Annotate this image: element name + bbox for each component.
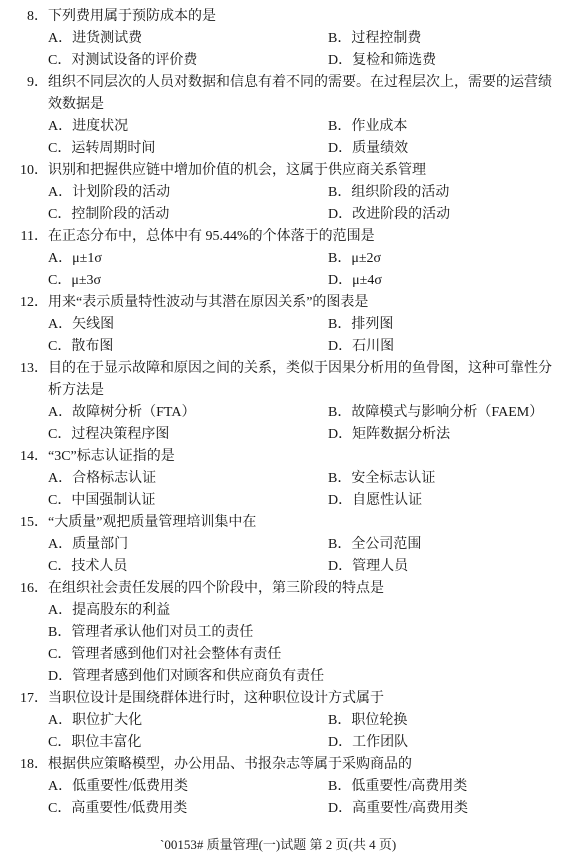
- option-text: 矢线图: [72, 317, 114, 332]
- question-9: 9． 组织不同层次的人员对数据和信息有着不同的需要。在过程层次上，需要的运营绩效…: [0, 72, 568, 160]
- option-label: B．: [328, 534, 351, 556]
- option-label: C．: [48, 204, 71, 226]
- question-number: 15．: [0, 512, 48, 534]
- option-label: D．: [328, 50, 352, 72]
- option-label: C．: [48, 556, 71, 578]
- option-text: μ±2σ: [351, 251, 381, 266]
- question-12: 12． 用来“表示质量特性波动与其潜在原因关系”的图表是 A．矢线图 B．排列图…: [0, 292, 568, 358]
- option-label: C．: [48, 50, 71, 72]
- option-text: 复检和筛选费: [352, 53, 436, 68]
- option-label: D．: [48, 666, 72, 688]
- question-stem: “大质量”观把质量管理培训集中在: [48, 512, 554, 534]
- option-label: C．: [48, 798, 71, 820]
- option-label: D．: [328, 138, 352, 160]
- option-d: D．矩阵数据分析法: [328, 424, 450, 446]
- option-label: D．: [328, 798, 352, 820]
- option-c: C．散布图: [48, 336, 113, 358]
- option-text: 石川图: [352, 339, 394, 354]
- option-label: C．: [48, 336, 71, 358]
- question-17: 17． 当职位设计是围绕群体进行时，这种职位设计方式属于 A．职位扩大化 B．职…: [0, 688, 568, 754]
- question-number: 18．: [0, 754, 48, 776]
- question-stem: 下列费用属于预防成本的是: [48, 6, 554, 28]
- option-text: 合格标志认证: [72, 471, 156, 486]
- option-label: D．: [328, 732, 352, 754]
- option-label: C．: [48, 270, 71, 292]
- question-16: 16． 在组织社会责任发展的四个阶段中，第三阶段的特点是 A．提高股东的利益 B…: [0, 578, 568, 688]
- option-text: 进货测试费: [72, 31, 142, 46]
- option-b: B．故障模式与影响分析（FAEM）: [328, 402, 543, 424]
- option-c: C．技术人员: [48, 556, 127, 578]
- page-footer: `00153# 质量管理(一)试题 第 2 页(共 4 页): [160, 836, 396, 854]
- question-number: 8．: [0, 6, 48, 28]
- option-d: D．改进阶段的活动: [328, 204, 450, 226]
- option-c: C．高重要性/低费用类: [48, 798, 187, 820]
- option-text: 职位轮换: [351, 713, 407, 728]
- option-text: 职位丰富化: [71, 735, 141, 750]
- question-stem: 在组织社会责任发展的四个阶段中，第三阶段的特点是: [48, 578, 554, 600]
- option-text: 管理者承认他们对员工的责任: [71, 625, 253, 640]
- option-c: C．过程决策程序图: [48, 424, 169, 446]
- option-label: D．: [328, 270, 352, 292]
- question-number: 14．: [0, 446, 48, 468]
- option-text: 质量绩效: [352, 141, 408, 156]
- option-text: 对测试设备的评价费: [71, 53, 197, 68]
- option-d: D．μ±4σ: [328, 270, 382, 292]
- option-a: A．故障树分析（FTA）: [48, 402, 195, 424]
- question-number: 11．: [0, 226, 48, 248]
- option-c: C．中国强制认证: [48, 490, 155, 512]
- option-b: B．安全标志认证: [328, 468, 435, 490]
- question-14: 14． “3C”标志认证指的是 A．合格标志认证 B．安全标志认证 C．中国强制…: [0, 446, 568, 512]
- option-label: D．: [328, 556, 352, 578]
- question-stem: 识别和把握供应链中增加价值的机会，这属于供应商关系管理: [48, 160, 554, 182]
- question-15: 15． “大质量”观把质量管理培训集中在 A．质量部门 B．全公司范围 C．技术…: [0, 512, 568, 578]
- option-d: D．石川图: [328, 336, 394, 358]
- option-a: A．计划阶段的活动: [48, 182, 170, 204]
- question-8: 8． 下列费用属于预防成本的是 A．进货测试费 B．过程控制费 C．对测试设备的…: [0, 6, 568, 72]
- option-label: B．: [328, 182, 351, 204]
- option-a: A．质量部门: [48, 534, 128, 556]
- option-d: D．自愿性认证: [328, 490, 422, 512]
- question-number: 12．: [0, 292, 48, 314]
- option-text: 改进阶段的活动: [352, 207, 450, 222]
- option-text: 过程控制费: [351, 31, 421, 46]
- question-list: 8． 下列费用属于预防成本的是 A．进货测试费 B．过程控制费 C．对测试设备的…: [0, 6, 568, 820]
- option-text: 进度状况: [72, 119, 128, 134]
- option-label: A．: [48, 28, 72, 50]
- option-b: B．μ±2σ: [328, 248, 381, 270]
- option-b: B．过程控制费: [328, 28, 421, 50]
- option-label: D．: [328, 204, 352, 226]
- option-text: 质量部门: [72, 537, 128, 552]
- option-c: C．职位丰富化: [48, 732, 141, 754]
- question-stem: 在正态分布中，总体中有 95.44%的个体落于的范围是: [48, 226, 554, 248]
- option-text: 高重要性/低费用类: [71, 801, 187, 816]
- option-a: A．进货测试费: [48, 28, 142, 50]
- option-label: B．: [328, 116, 351, 138]
- question-number: 9．: [0, 72, 48, 94]
- option-text: 排列图: [351, 317, 393, 332]
- option-label: A．: [48, 182, 72, 204]
- option-text: 过程决策程序图: [71, 427, 169, 442]
- option-text: 技术人员: [71, 559, 127, 574]
- option-d: D．管理者感到他们对顾客和供应商负有责任: [48, 666, 324, 688]
- option-c: C．μ±3σ: [48, 270, 101, 292]
- option-label: C．: [48, 424, 71, 446]
- option-label: D．: [328, 490, 352, 512]
- option-label: C．: [48, 644, 71, 666]
- option-label: A．: [48, 468, 72, 490]
- option-label: B．: [328, 314, 351, 336]
- question-number: 17．: [0, 688, 48, 710]
- option-text: 散布图: [71, 339, 113, 354]
- option-d: D．质量绩效: [328, 138, 408, 160]
- option-label: B．: [328, 248, 351, 270]
- option-label: B．: [328, 402, 351, 424]
- option-text: 职位扩大化: [72, 713, 142, 728]
- option-label: A．: [48, 116, 72, 138]
- option-label: C．: [48, 490, 71, 512]
- question-stem: 目的在于显示故障和原因之间的关系，类似于因果分析用的鱼骨图，这种可靠性分析方法是: [48, 358, 554, 402]
- option-text: 工作团队: [352, 735, 408, 750]
- question-stem: 当职位设计是围绕群体进行时，这种职位设计方式属于: [48, 688, 554, 710]
- option-label: B．: [48, 622, 71, 644]
- option-text: 低重要性/低费用类: [72, 779, 188, 794]
- option-d: D．复检和筛选费: [328, 50, 436, 72]
- question-stem: 用来“表示质量特性波动与其潜在原因关系”的图表是: [48, 292, 554, 314]
- option-b: B．低重要性/高费用类: [328, 776, 467, 798]
- option-text: 管理者感到他们对社会整体有责任: [71, 647, 281, 662]
- question-13: 13． 目的在于显示故障和原因之间的关系，类似于因果分析用的鱼骨图，这种可靠性分…: [0, 358, 568, 446]
- option-b: B．职位轮换: [328, 710, 407, 732]
- option-text: 管理者感到他们对顾客和供应商负有责任: [72, 669, 324, 684]
- option-b: B．排列图: [328, 314, 393, 336]
- option-text: 故障模式与影响分析（FAEM）: [351, 405, 543, 420]
- option-c: C．控制阶段的活动: [48, 204, 169, 226]
- option-a: A．低重要性/低费用类: [48, 776, 188, 798]
- option-text: 中国强制认证: [71, 493, 155, 508]
- option-text: 提高股东的利益: [72, 603, 170, 618]
- question-number: 13．: [0, 358, 48, 380]
- option-label: B．: [328, 28, 351, 50]
- option-text: 控制阶段的活动: [71, 207, 169, 222]
- option-text: 矩阵数据分析法: [352, 427, 450, 442]
- option-a: A．提高股东的利益: [48, 600, 170, 622]
- option-text: 低重要性/高费用类: [351, 779, 467, 794]
- option-text: 故障树分析（FTA）: [72, 405, 195, 420]
- question-stem: 组织不同层次的人员对数据和信息有着不同的需要。在过程层次上，需要的运营绩效数据是: [48, 72, 554, 116]
- option-text: 全公司范围: [351, 537, 421, 552]
- option-c: C．管理者感到他们对社会整体有责任: [48, 644, 281, 666]
- option-a: A．进度状况: [48, 116, 128, 138]
- option-label: B．: [328, 776, 351, 798]
- option-text: 管理人员: [352, 559, 408, 574]
- option-text: 安全标志认证: [351, 471, 435, 486]
- option-text: 运转周期时间: [71, 141, 155, 156]
- option-a: A．μ±1σ: [48, 248, 102, 270]
- question-number: 16．: [0, 578, 48, 600]
- question-stem: “3C”标志认证指的是: [48, 446, 554, 468]
- option-text: 作业成本: [351, 119, 407, 134]
- option-label: C．: [48, 138, 71, 160]
- option-b: B．作业成本: [328, 116, 407, 138]
- option-label: A．: [48, 534, 72, 556]
- option-text: 计划阶段的活动: [72, 185, 170, 200]
- option-c: C．对测试设备的评价费: [48, 50, 197, 72]
- option-b: B．全公司范围: [328, 534, 421, 556]
- option-label: A．: [48, 248, 72, 270]
- option-label: C．: [48, 732, 71, 754]
- option-label: A．: [48, 402, 72, 424]
- option-label: D．: [328, 424, 352, 446]
- option-a: A．矢线图: [48, 314, 114, 336]
- option-d: D．工作团队: [328, 732, 408, 754]
- option-d: D．高重要性/高费用类: [328, 798, 468, 820]
- option-text: μ±4σ: [352, 273, 382, 288]
- exam-page: 8． 下列费用属于预防成本的是 A．进货测试费 B．过程控制费 C．对测试设备的…: [0, 0, 568, 867]
- option-a: A．合格标志认证: [48, 468, 156, 490]
- option-a: A．职位扩大化: [48, 710, 142, 732]
- option-c: C．运转周期时间: [48, 138, 155, 160]
- option-text: 高重要性/高费用类: [352, 801, 468, 816]
- question-11: 11． 在正态分布中，总体中有 95.44%的个体落于的范围是 A．μ±1σ B…: [0, 226, 568, 292]
- option-text: μ±3σ: [71, 273, 101, 288]
- question-stem: 根据供应策略模型，办公用品、书报杂志等属于采购商品的: [48, 754, 554, 776]
- option-label: A．: [48, 776, 72, 798]
- option-label: A．: [48, 600, 72, 622]
- option-text: μ±1σ: [72, 251, 102, 266]
- option-b: B．管理者承认他们对员工的责任: [48, 622, 253, 644]
- option-label: A．: [48, 710, 72, 732]
- option-text: 组织阶段的活动: [351, 185, 449, 200]
- option-text: 自愿性认证: [352, 493, 422, 508]
- option-label: B．: [328, 468, 351, 490]
- option-b: B．组织阶段的活动: [328, 182, 449, 204]
- option-label: A．: [48, 314, 72, 336]
- question-18: 18． 根据供应策略模型，办公用品、书报杂志等属于采购商品的 A．低重要性/低费…: [0, 754, 568, 820]
- question-10: 10． 识别和把握供应链中增加价值的机会，这属于供应商关系管理 A．计划阶段的活…: [0, 160, 568, 226]
- option-label: B．: [328, 710, 351, 732]
- option-label: D．: [328, 336, 352, 358]
- question-number: 10．: [0, 160, 48, 182]
- option-d: D．管理人员: [328, 556, 408, 578]
